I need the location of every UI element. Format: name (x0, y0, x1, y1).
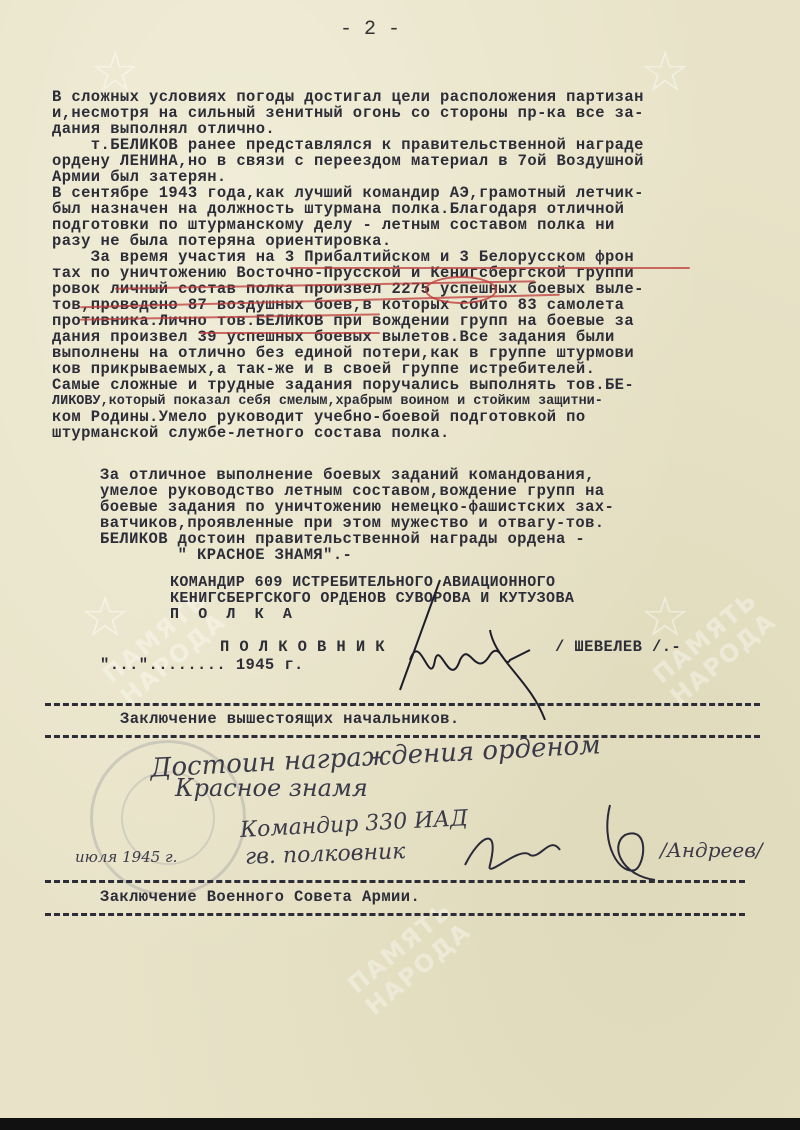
handwritten-signer-title: Командир 330 ИАД (240, 806, 469, 843)
conclusion-line: БЕЛИКОВ достоин правительственной наград… (100, 532, 585, 547)
conclusion-line: ватчиков,проявленные при этом мужество и… (100, 516, 604, 531)
commander-title: П О Л К А (170, 607, 292, 622)
body-line: и,несмотря на сильный зенитный огонь со … (52, 106, 644, 121)
dashed-separator (45, 735, 760, 738)
superior-signature (460, 795, 660, 885)
body-line: т.БЕЛИКОВ ранее представлялся к правител… (52, 138, 644, 153)
dashed-separator (45, 703, 760, 706)
body-line: В сложных условиях погоды достигал цели … (52, 90, 644, 105)
conclusion-line: умелое руководство летным составом,вожде… (100, 484, 604, 499)
handwritten-recommendation: Красное знамя (175, 774, 368, 802)
document-page: ☆ ☆ ☆ ☆ ПАМЯТЬ НАРОДА ПАМЯТЬ НАРОДА ПАМЯ… (0, 0, 800, 1118)
body-line: ордену ЛЕНИНА,но в связи с переездом мат… (52, 154, 644, 169)
body-line: разу не была потеряна ориентировка. (52, 234, 392, 249)
body-line: дания выполнял отлично. (52, 122, 275, 137)
handwritten-signer-rank: гв. полковник (245, 839, 406, 870)
dashed-separator (45, 913, 745, 916)
body-line: ЛИКОВУ,который показал себя смелым,храбр… (52, 394, 603, 409)
watermark-star-icon: ☆ (80, 585, 130, 650)
superiors-heading: Заключение вышестоящих начальников. (120, 712, 460, 727)
body-line: противника.Лично тов.БЕЛИКОВ при вождени… (52, 314, 634, 329)
red-circle-mark (425, 276, 497, 304)
signature-date: "..."........ 1945 г. (100, 658, 304, 673)
body-line: выполнены на отлично без единой потери,к… (52, 346, 634, 361)
commander-signature (380, 570, 570, 720)
commander-rank: П О Л К О В Н И К (220, 640, 385, 655)
body-line: ков прикрываемых,а так-же и в своей груп… (52, 362, 595, 377)
conclusion-line: " КРАСНОЕ ЗНАМЯ".- (100, 548, 352, 563)
red-underline (200, 332, 380, 334)
watermark-star-icon: ☆ (640, 40, 690, 105)
body-line: Армии был затерян. (52, 170, 227, 185)
body-line: штурманской службе-летного состава полка… (52, 426, 450, 441)
commander-name: / ШЕВЕЛЕВ /.- (555, 640, 681, 655)
body-line: Самые сложные и трудные задания поручали… (52, 378, 634, 393)
body-line: ком Родины.Умело руководит учебно-боевой… (52, 410, 586, 425)
body-line: За время участия на 3 Прибалтийском и 3 … (52, 250, 634, 265)
body-line: был назначен на должность штурмана полка… (52, 202, 624, 217)
scan-edge (0, 1118, 800, 1130)
conclusion-line: За отличное выполнение боевых заданий ко… (100, 468, 595, 483)
conclusion-line: боевые задания по уничтожению немецко-фа… (100, 500, 614, 515)
handwritten-signer-name: /Андреев/ (660, 838, 763, 862)
red-underline (290, 267, 690, 269)
handwritten-date: июля 1945 г. (75, 848, 177, 866)
military-council-heading: Заключение Военного Совета Армии. (100, 890, 420, 905)
body-line: В сентябре 1943 года,как лучший командир… (52, 186, 644, 201)
page-number: - 2 - (340, 18, 400, 41)
body-line: подготовки по штурманскому делу - летным… (52, 218, 615, 233)
dashed-separator (45, 880, 745, 883)
